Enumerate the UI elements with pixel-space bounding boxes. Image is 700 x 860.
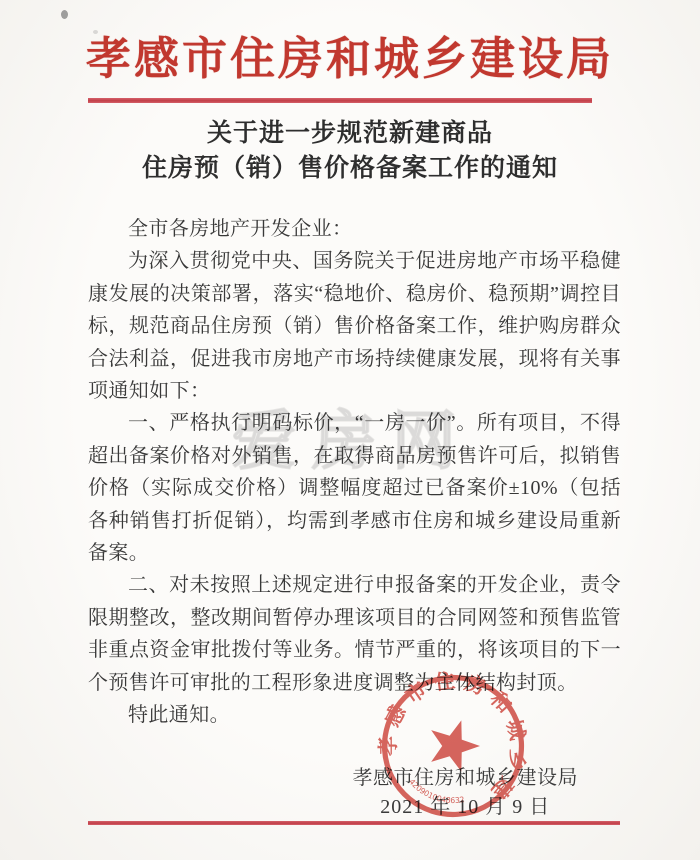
document-title-line2: 住房预（销）售价格备案工作的通知 [0,151,700,186]
closing-phrase: 特此通知。 [88,699,621,731]
notice-body: 全市各房地产开发企业： 为深入贯彻党中央、国务院关于促进房地产市场平稳健康发展的… [88,213,621,732]
seal-registration-number: 4209010048632 [404,776,468,811]
scan-artifact [61,10,68,19]
paragraph-item-2: 二、对未按照上述规定进行申报备案的开发企业，责令限期整改，整改期间暂停办理该项目… [88,569,621,699]
salutation: 全市各房地产开发企业： [88,213,621,245]
paragraph-item-1: 一、严格执行明码标价，“一房一价”。所有项目，不得超出备案价格对外销售，在取得商… [88,407,621,569]
document-title: 关于进一步规范新建商品 住房预（销）售价格备案工作的通知 [0,116,700,186]
official-red-seal: 孝感市住房和城乡建设局 4209010048632 [370,663,536,829]
paragraph-intro: 为深入贯彻党中央、国务院关于促进房地产市场平稳健康发展的决策部署，落实“稳地价、… [88,245,621,407]
scanned-notice-page: 孝感市住房和城乡建设局 关于进一步规范新建商品 住房预（销）售价格备案工作的通知… [0,0,700,860]
document-title-line1: 关于进一步规范新建商品 [0,116,700,151]
footer-divider-line [88,821,620,825]
agency-letterhead-title: 孝感市住房和城乡建设局 [0,22,700,87]
svg-text:4209010048632: 4209010048632 [404,776,468,811]
letterhead-divider-line [88,98,592,103]
seal-star [422,712,486,774]
